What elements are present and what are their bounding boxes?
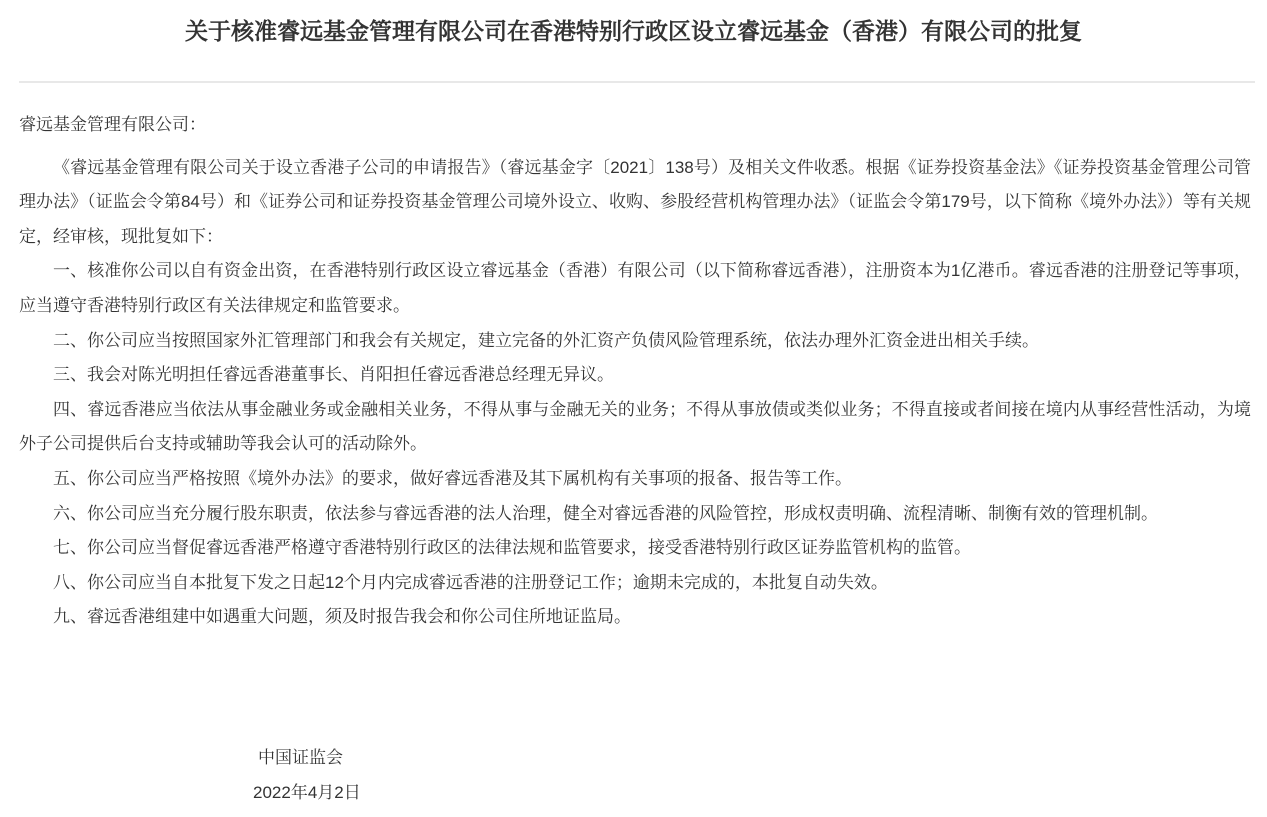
- paragraph-item-2: 二、你公司应当按照国家外汇管理部门和我会有关规定，建立完备的外汇资产负债风险管理…: [19, 324, 1251, 359]
- paragraph-item-4: 四、睿远香港应当依法从事金融业务或金融相关业务，不得从事与金融无关的业务；不得从…: [19, 393, 1251, 462]
- salutation: 睿远基金管理有限公司：: [19, 108, 1251, 143]
- approval-document: 关于核准睿远基金管理有限公司在香港特别行政区设立睿远基金（香港）有限公司的批复 …: [0, 0, 1267, 817]
- paragraph-intro: 《睿远基金管理有限公司关于设立香港子公司的申请报告》（睿远基金字〔2021〕13…: [19, 151, 1251, 255]
- signature-issuer: 中国证监会: [19, 741, 1251, 776]
- signature-date: 2022年4月2日: [19, 776, 1251, 811]
- title-divider: [19, 81, 1255, 83]
- paragraph-item-5: 五、你公司应当严格按照《境外办法》的要求，做好睿远香港及其下属机构有关事项的报备…: [19, 462, 1251, 497]
- document-body: 睿远基金管理有限公司： 《睿远基金管理有限公司关于设立香港子公司的申请报告》（睿…: [0, 108, 1267, 810]
- paragraph-item-3: 三、我会对陈光明担任睿远香港董事长、肖阳担任睿远香港总经理无异议。: [19, 358, 1251, 393]
- paragraph-item-8: 八、你公司应当自本批复下发之日起12个月内完成睿远香港的注册登记工作；逾期未完成…: [19, 566, 1251, 601]
- paragraph-item-6: 六、你公司应当充分履行股东职责，依法参与睿远香港的法人治理，健全对睿远香港的风险…: [19, 497, 1251, 532]
- paragraph-item-7: 七、你公司应当督促睿远香港严格遵守香港特别行政区的法律法规和监管要求，接受香港特…: [19, 531, 1251, 566]
- document-title: 关于核准睿远基金管理有限公司在香港特别行政区设立睿远基金（香港）有限公司的批复: [0, 0, 1267, 47]
- paragraph-item-9: 九、睿远香港组建中如遇重大问题，须及时报告我会和你公司住所地证监局。: [19, 600, 1251, 635]
- signature-block: 中国证监会 2022年4月2日: [19, 741, 1251, 810]
- paragraph-item-1: 一、核准你公司以自有资金出资，在香港特别行政区设立睿远基金（香港）有限公司（以下…: [19, 254, 1251, 323]
